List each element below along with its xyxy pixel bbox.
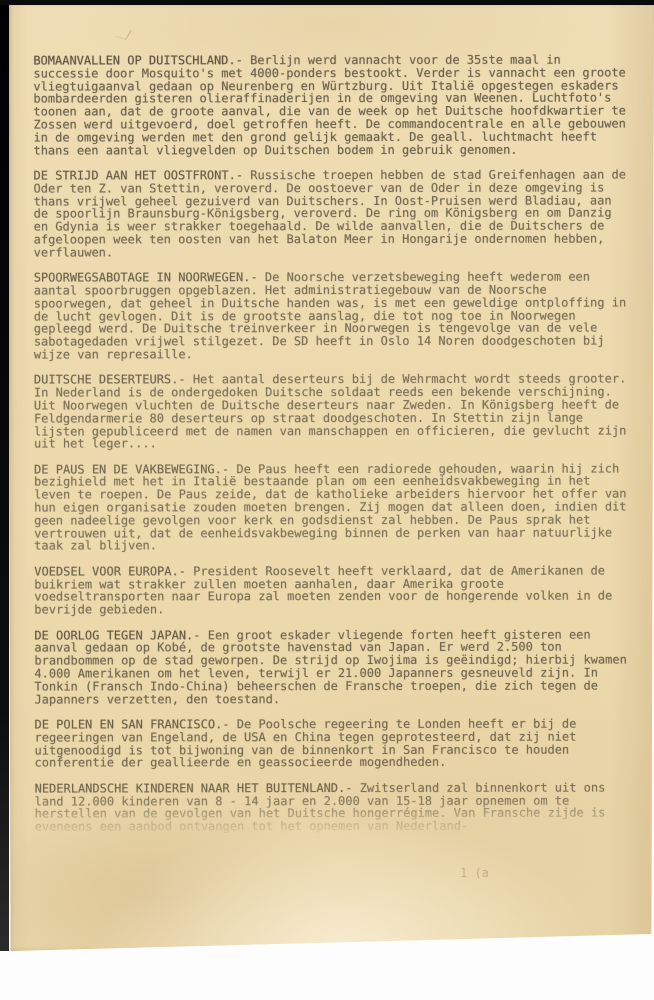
scan-edge-left (0, 0, 9, 951)
news-paragraph: BOMAANVALLEN OP DUITSCHLAND.- Berlijn we… (33, 53, 632, 156)
news-paragraph: DE PAUS EN DE VAKBEWEGING.- De Paus heef… (34, 462, 633, 553)
news-paragraph: DE STRIJD AAN HET OOSTFRONT.- Russische … (34, 168, 633, 259)
paragraph-body: Russische troepen hebben de stad Greifen… (34, 167, 626, 259)
paragraph-body: De Noorsche verzetsbeweging heeft wedero… (34, 270, 626, 362)
paragraph-body: Berlijn werd vannacht voor de 35ste maal… (33, 53, 626, 157)
pencil-mark (115, 27, 131, 40)
news-paragraph: DE POLEN EN SAN FRANCISCO.- De Poolsche … (34, 717, 633, 769)
paragraph-body: De Paus heeft een radiorede gehouden, wa… (34, 461, 626, 553)
news-paragraph: DUITSCHE DESERTEURS.- Het aantal deserte… (34, 373, 633, 451)
news-paragraph: SPOORWEGSABOTAGE IN NOORWEGEN.- De Noors… (34, 271, 633, 362)
news-paragraph: DE OORLOG TEGEN JAPAN.- Een groot eskade… (34, 628, 633, 706)
typewritten-document-page: BOMAANVALLEN OP DUITSCHLAND.- Berlijn we… (8, 4, 654, 951)
scanned-page-background: { "page": { "background_color": "#fdfdfd… (0, 0, 654, 1000)
document-text-block: BOMAANVALLEN OP DUITSCHLAND.- Berlijn we… (33, 53, 633, 846)
faded-text-fragment: 1 (a (460, 866, 489, 880)
scan-edge-top (0, 0, 654, 5)
news-paragraph: VOEDSEL VOOR EUROPA.- President Roosevel… (34, 564, 633, 616)
news-paragraph: NEDERLANDSCHE KINDEREN NAAR HET BUITENLA… (35, 781, 634, 833)
